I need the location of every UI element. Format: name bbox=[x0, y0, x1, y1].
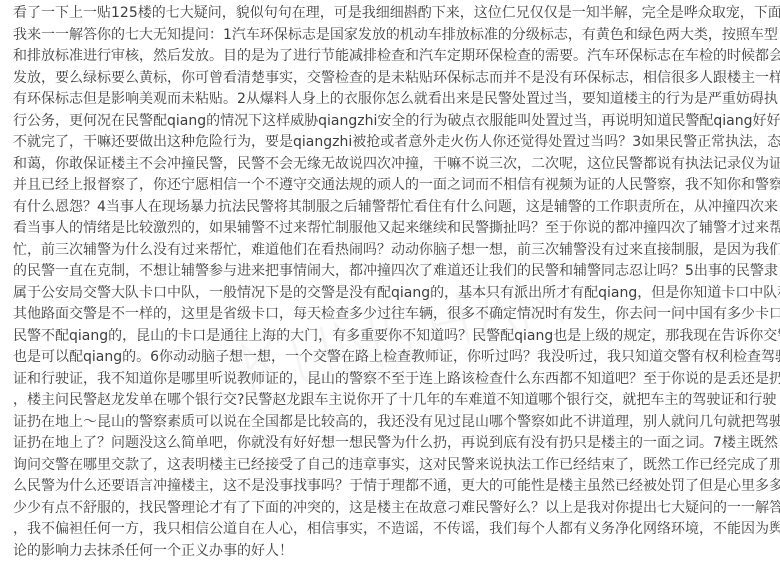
text-line: 行公务，更何况在民警配qiang的情况下这样威胁qiangzhi安全的行为破点衣… bbox=[13, 111, 780, 133]
text-line: 其他路面交警是不一样的，这里是省级卡口，每天检查多少过往车辆，很多不确定情况时有… bbox=[13, 304, 780, 326]
text-line: 不就完了，干嘛还要做出这种危险行为，要是qiangzhi被抢或者意外走火伤人你还… bbox=[13, 132, 780, 154]
text-line: 论的影响力去抹杀任何一个正义办事的好人！ bbox=[13, 541, 780, 563]
text-line: 和排放标准进行审核，然后发放。目的是为了进行节能减排检查和汽车定期环保检查的需要… bbox=[13, 46, 780, 68]
post-body: 看了一下上一贴125楼的七大疑问，貌似句句在理，可是我细细斟酌下来，这位仁兄仅仅… bbox=[13, 3, 780, 562]
text-line: 有什么恩怨？4当事人在现场暴力抗法民警将其制服之后辅警帮忙看住有什么问题，这是辅… bbox=[13, 197, 780, 219]
text-line: 也是可以配qiang的。6你动动脑子想一想，一个交警在路上检查教师证，你听过吗？… bbox=[13, 347, 780, 369]
text-line: 看了一下上一贴125楼的七大疑问，貌似句句在理，可是我细细斟酌下来，这位仁兄仅仅… bbox=[13, 3, 780, 25]
text-line: 证和行驶证，我不知道你是哪里听说教师证的，昆山的警察不至于连上路该检查什么东西都… bbox=[13, 369, 780, 391]
text-line: 证扔在地上了？问题没这么简单吧，你就没有好好想一想民警为什么扔，再说到底有没有扔… bbox=[13, 433, 780, 455]
text-line: 的民警一直在克制，不想让辅警参与进来把事情闹大，都冲撞四次了难道还让我们的民警和… bbox=[13, 261, 780, 283]
text-line: 并且已经上报督察了，你还宁愿相信一个不遵守交通法规的顽人的一面之词而不相信有视频… bbox=[13, 175, 780, 197]
text-line: 属于公安局交警大队卡口中队，一般情况下是的交警是没有配qiang的，基本只有派出… bbox=[13, 283, 780, 305]
text-line: 有环保标志但是影响美观而未粘贴。2从爆料人身上的衣服你怎么就看出来是民警处置过当… bbox=[13, 89, 780, 111]
text-line: 么民警为什么还要语言冲撞楼主，这不是没事找事吗？于情于理都不通，更大的可能性是楼… bbox=[13, 476, 780, 498]
text-line: ，我不偏袒任何一方，我只相信公道自在人心，相信事实，不造谣，不传谣，我们每个人都… bbox=[13, 519, 780, 541]
text-line: 证扔在地上～昆山的警察素质可以说在全国都是比较高的，我还没有见过昆山哪个警察如此… bbox=[13, 412, 780, 434]
text-line: 询问交警在哪里交款了，这表明楼主已经接受了自己的违章事实，这对民警来说执法工作已… bbox=[13, 455, 780, 477]
text-line: 看当事人的情绪是比较激烈的，如果辅警不过来帮忙制服他又起来继续和民警撕扯吗？至于… bbox=[13, 218, 780, 240]
text-line: 和蔼，你敢保证楼主不会冲撞民警，民警不会无缘无故说四次冲撞，干嘛不说三次，二次呢… bbox=[13, 154, 780, 176]
text-line: 民警不配qiang的，昆山的卡口是通往上海的大门，有多重要你不知道吗？民警配qi… bbox=[13, 326, 780, 348]
text-line: ，楼主问民警赵龙发单在哪个银行交?民警赵龙跟车主说你开了十几年的车难道不知道哪个… bbox=[13, 390, 780, 412]
text-line: 少少有点不舒服的，找民警理论才有了下面的冲突的，这是楼主在故意刁难民警好么？以上… bbox=[13, 498, 780, 520]
text-line: 我来一一解答你的七大无知提问：1汽车环保标志是国家发放的机动车排放标准的分级标志… bbox=[13, 25, 780, 47]
forum-post: 看了一下上一贴125楼的七大疑问，貌似句句在理，可是我细细斟酌下来，这位仁兄仅仅… bbox=[0, 0, 780, 574]
text-line: 忙，前三次辅警为什么没有过来帮忙，难道他们在看热闹吗？动动你脑子想一想，前三次辅… bbox=[13, 240, 780, 262]
text-line: 发放，要么绿标要么黄标，你可曾看清楚事实，交警检查的是未粘贴环保标志而并不是没有… bbox=[13, 68, 780, 90]
